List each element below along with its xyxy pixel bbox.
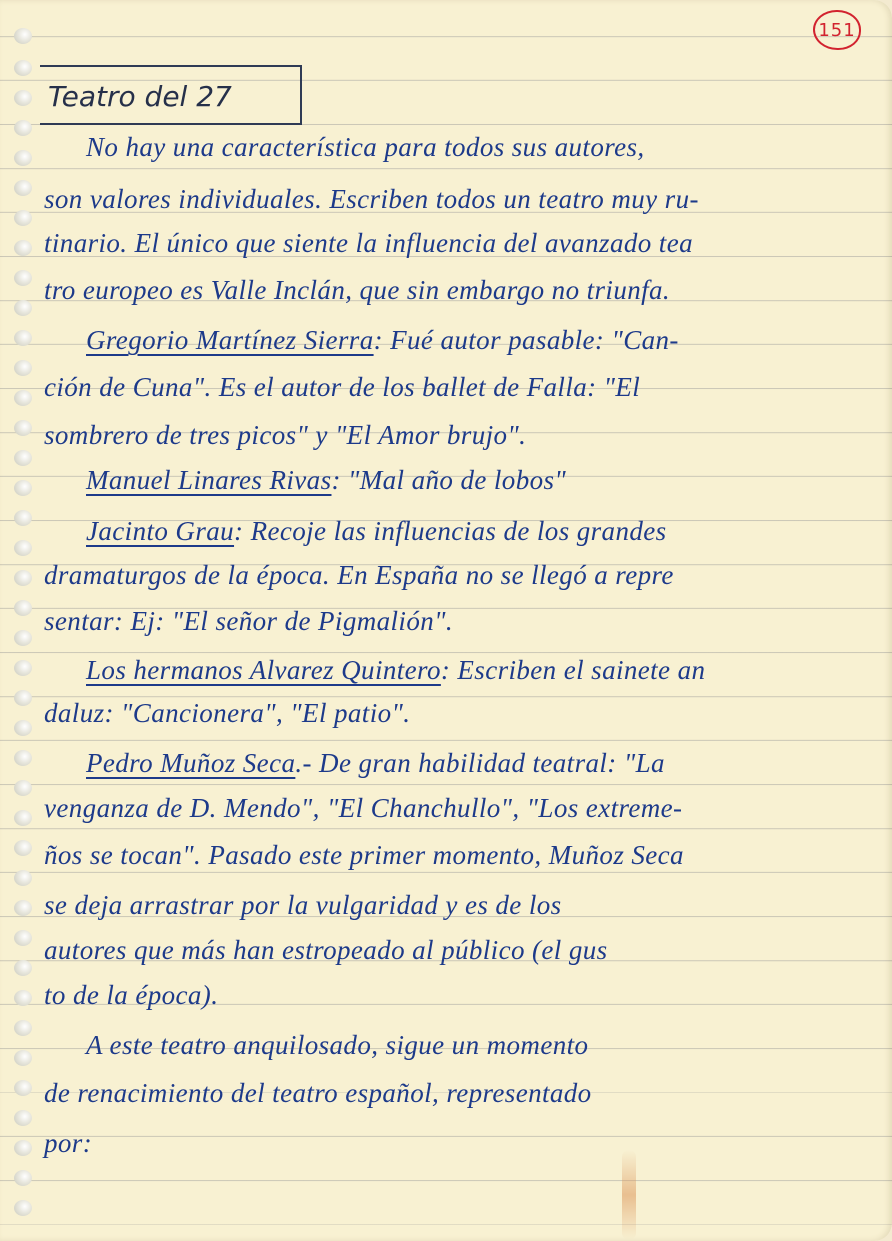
punch-hole-icon [14, 900, 32, 916]
text-line: por: [44, 1128, 882, 1159]
punch-hole-icon [14, 90, 32, 106]
punch-hole-icon [14, 1170, 32, 1186]
notebook-page: 151 Teatro del 27 No hay una característ… [0, 0, 892, 1241]
text-line: venganza de D. Mendo", "El Chanchullo", … [44, 793, 882, 824]
text-line: se deja arrastrar por la vulgaridad y es… [44, 890, 882, 921]
punch-hole-icon [14, 720, 32, 736]
author-entry: Gregorio Martínez Sierra: Fué autor pasa… [86, 325, 882, 356]
author-name: Jacinto Grau [86, 516, 234, 546]
punch-hole-icon [14, 270, 32, 286]
punch-hole-icon [14, 210, 32, 226]
punch-hole-icon [14, 390, 32, 406]
punch-hole-icon [14, 420, 32, 436]
text-line: sentar: Ej: "El señor de Pigmalión". [44, 606, 882, 637]
punch-hole-icon [14, 660, 32, 676]
author-entry: Pedro Muñoz Seca.- De gran habilidad tea… [86, 748, 882, 779]
text-line: de renacimiento del teatro español, repr… [44, 1078, 882, 1109]
text-line: ción de Cuna". Es el autor de los ballet… [44, 372, 882, 403]
punch-hole-icon [14, 180, 32, 196]
text-line: son valores individuales. Escriben todos… [44, 184, 882, 215]
punch-hole-icon [14, 1200, 32, 1216]
text-line: ños se tocan". Pasado este primer moment… [44, 840, 882, 871]
page-title: Teatro del 27 [48, 80, 232, 113]
punch-hole-icon [14, 810, 32, 826]
punch-hole-icon [14, 990, 32, 1006]
author-entry: Los hermanos Alvarez Quintero: Escriben … [86, 655, 882, 686]
punch-hole-icon [14, 870, 32, 886]
punch-hole-icon [14, 840, 32, 856]
text-line: sombrero de tres picos" y "El Amor brujo… [44, 420, 882, 451]
punch-hole-icon [14, 930, 32, 946]
punch-hole-icon [14, 1080, 32, 1096]
punch-hole-icon [14, 60, 32, 76]
punch-hole-icon [14, 240, 32, 256]
text-line: A este teatro anquilosado, sigue un mome… [86, 1030, 882, 1061]
punch-hole-icon [14, 570, 32, 586]
punch-hole-icon [14, 480, 32, 496]
punch-hole-icon [14, 780, 32, 796]
punch-hole-icon [14, 960, 32, 976]
author-entry: Manuel Linares Rivas: "Mal año de lobos" [86, 465, 882, 496]
punch-hole-icon [14, 28, 32, 44]
punch-hole-icon [14, 300, 32, 316]
author-name: Los hermanos Alvarez Quintero [86, 655, 441, 685]
punch-hole-icon [14, 330, 32, 346]
author-entry: Jacinto Grau: Recoje las influencias de … [86, 516, 882, 547]
punch-hole-icon [14, 1020, 32, 1036]
text-line: autores que más han estropeado al públic… [44, 935, 882, 966]
spiral-holes [14, 28, 36, 1228]
punch-hole-icon [14, 540, 32, 556]
punch-hole-icon [14, 150, 32, 166]
punch-hole-icon [14, 360, 32, 376]
author-name: Pedro Muñoz Seca [86, 748, 295, 778]
punch-hole-icon [14, 1140, 32, 1156]
text-line: to de la época). [44, 980, 882, 1011]
punch-hole-icon [14, 510, 32, 526]
page-number: 151 [813, 10, 861, 50]
punch-hole-icon [14, 630, 32, 646]
punch-hole-icon [14, 450, 32, 466]
author-name: Gregorio Martínez Sierra [86, 325, 374, 355]
punch-hole-icon [14, 750, 32, 766]
text-line: dramaturgos de la época. En España no se… [44, 560, 882, 591]
paper-stain [622, 1150, 636, 1240]
author-name: Manuel Linares Rivas [86, 465, 331, 495]
text-line: daluz: "Cancionera", "El patio". [44, 698, 882, 729]
punch-hole-icon [14, 120, 32, 136]
punch-hole-icon [14, 1110, 32, 1126]
text-line: No hay una característica para todos sus… [86, 132, 882, 163]
punch-hole-icon [14, 600, 32, 616]
punch-hole-icon [14, 690, 32, 706]
text-line: tro europeo es Valle Inclán, que sin emb… [44, 275, 882, 306]
text-line: tinario. El único que siente la influenc… [44, 228, 882, 259]
punch-hole-icon [14, 1050, 32, 1066]
